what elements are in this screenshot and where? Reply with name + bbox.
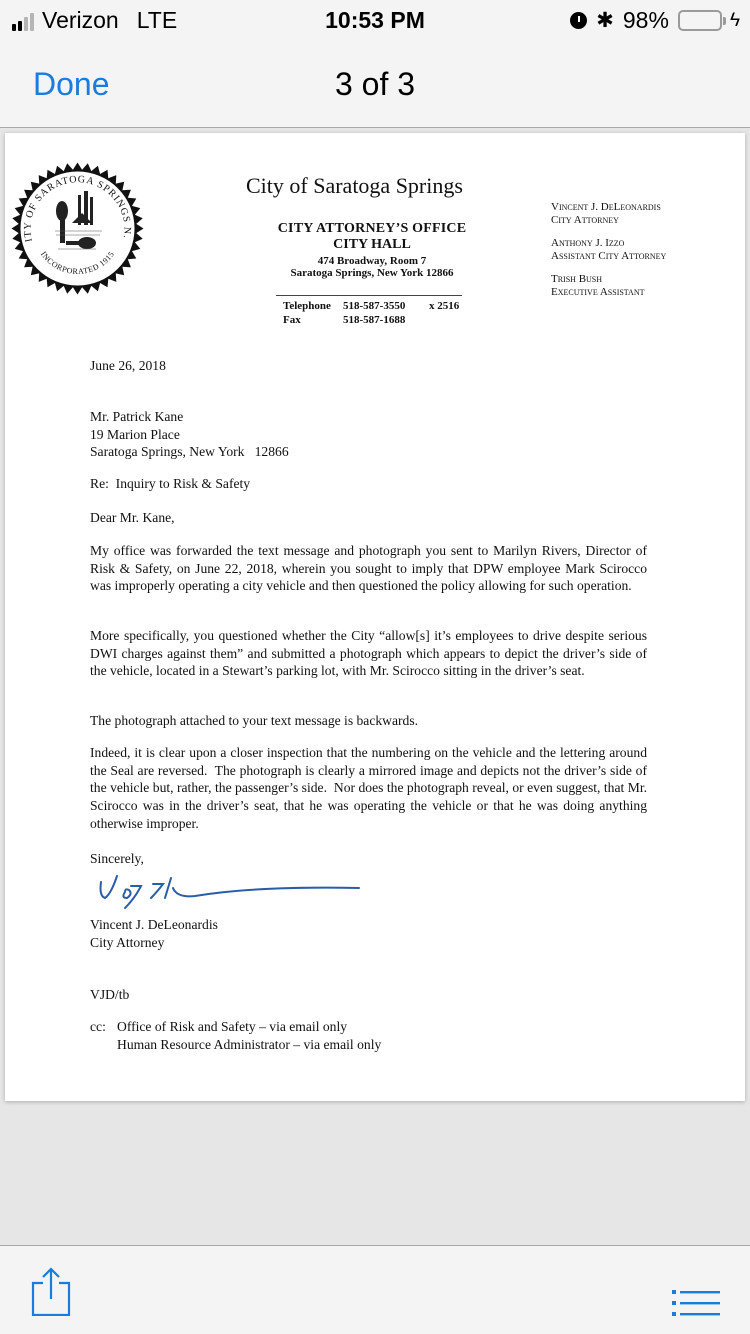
share-icon[interactable] — [30, 1266, 72, 1316]
status-bar: Verizon LTE 10:53 PM ✱ 98% ϟ — [0, 0, 750, 40]
battery-percent: 98% — [623, 7, 669, 34]
signer-name: Vincent J. DeLeonardis — [90, 916, 647, 934]
paragraph: The photograph attached to your text mes… — [90, 712, 647, 730]
signature-image — [95, 868, 365, 913]
cc-recipient: Human Resource Administrator – via email… — [117, 1036, 381, 1054]
cc-list: cc: Office of Risk and Safety – via emai… — [90, 1018, 647, 1053]
status-right: ✱ 98% ϟ — [570, 7, 740, 34]
page-counter-title: 3 of 3 — [0, 66, 750, 103]
paragraph: Indeed, it is clear upon a closer inspec… — [90, 744, 647, 833]
document-page[interactable]: CITY OF SARATOGA SPRINGS N.Y. INCORPORAT… — [5, 133, 745, 1101]
phone-number: 518-587-3550 — [343, 299, 429, 313]
bottom-toolbar — [0, 1245, 750, 1334]
reference-initials: VJD/tb — [90, 986, 647, 1004]
bluetooth-icon: ✱ — [596, 8, 614, 33]
signer-title: City Attorney — [90, 934, 647, 952]
battery-icon: ϟ — [678, 10, 740, 32]
closing: Sincerely, — [90, 850, 647, 868]
phone-extension: x 2516 — [429, 299, 459, 313]
letter-date: June 26, 2018 — [90, 357, 647, 375]
paragraph: More specifically, you questioned whethe… — [90, 627, 647, 680]
address-line-1: 474 Broadway, Room 7 — [257, 255, 487, 267]
alarm-icon — [570, 12, 587, 29]
city-seal-logo: CITY OF SARATOGA SPRINGS N.Y. INCORPORAT… — [10, 161, 145, 296]
letterhead-title: City of Saratoga Springs — [246, 173, 463, 199]
contact-info: Telephone 518-587-3550 x 2516 Fax 518-58… — [283, 299, 459, 327]
recipient-name: Mr. Patrick Kane — [90, 408, 647, 426]
office-address-block: CITY ATTORNEY’S OFFICE CITY HALL 474 Bro… — [257, 221, 487, 279]
recipient-address: Mr. Patrick Kane 19 Marion Place Saratog… — [90, 408, 647, 461]
office-name: CITY ATTORNEY’S OFFICE — [257, 221, 487, 237]
recipient-city: Saratoga Springs, New York 12866 — [90, 443, 647, 461]
staff-entry: Trish Bush Executive Assistant — [551, 273, 666, 299]
address-line-2: Saratoga Springs, New York 12866 — [257, 267, 487, 279]
cc-recipient: Office of Risk and Safety – via email on… — [117, 1018, 381, 1036]
charging-icon: ϟ — [730, 10, 740, 32]
staff-list: Vincent J. DeLeonardis City Attorney Ant… — [551, 201, 666, 309]
paragraph: My office was forwarded the text message… — [90, 542, 647, 595]
salutation: Dear Mr. Kane, — [90, 509, 647, 527]
fax-number: 518-587-1688 — [343, 313, 429, 327]
subject-line: Re: Inquiry to Risk & Safety — [90, 475, 647, 493]
building-name: CITY HALL — [257, 237, 487, 253]
fax-label: Fax — [283, 313, 343, 327]
recipient-street: 19 Marion Place — [90, 426, 647, 444]
staff-entry: Anthony J. Izzo Assistant City Attorney — [551, 237, 666, 263]
cc-label: cc: — [90, 1018, 117, 1053]
staff-entry: Vincent J. DeLeonardis City Attorney — [551, 201, 666, 227]
navigation-bar: Done 3 of 3 — [0, 40, 750, 128]
phone-label: Telephone — [283, 299, 343, 313]
list-icon[interactable] — [672, 1288, 720, 1318]
divider — [276, 295, 462, 296]
